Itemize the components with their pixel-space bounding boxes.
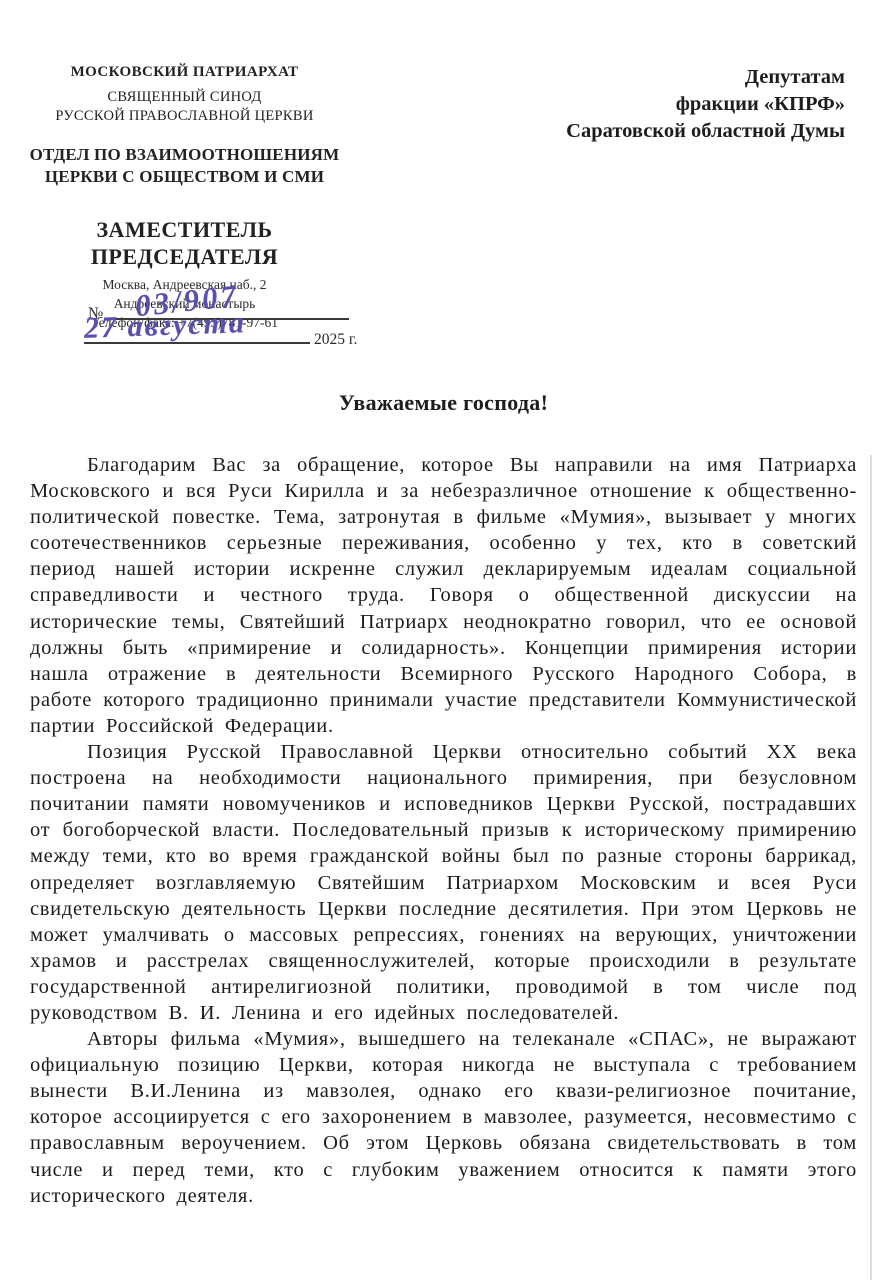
letterhead-position-line1: ЗАМЕСТИТЕЛЬ bbox=[12, 217, 357, 243]
letterhead-department-line1: ОТДЕЛ ПО ВЗАИМООТНОШЕНИЯМ bbox=[12, 145, 357, 165]
doc-date-year: 2025 г. bbox=[314, 331, 357, 348]
doc-date-handwritten: 27 августа bbox=[83, 306, 246, 346]
scan-edge-line bbox=[870, 455, 872, 1280]
recipient-line1: Депутатам bbox=[566, 64, 845, 91]
letterhead-synod-line: СВЯЩЕННЫЙ СИНОД bbox=[12, 89, 357, 106]
letterhead-org-name: МОСКОВСКИЙ ПАТРИАРХАТ bbox=[12, 64, 357, 81]
letterhead-department-line2: ЦЕРКВИ С ОБЩЕСТВОМ И СМИ bbox=[12, 167, 357, 187]
salutation: Уважаемые господа! bbox=[30, 390, 857, 416]
letterhead-position-line2: ПРЕДСЕДАТЕЛЯ bbox=[12, 244, 357, 270]
recipient-line3: Саратовской областной Думы bbox=[566, 118, 845, 145]
paragraph-1: Благодарим Вас за обращение, которое Вы … bbox=[30, 452, 857, 739]
paragraph-3: Авторы фильма «Мумия», вышедшего на теле… bbox=[30, 1026, 857, 1209]
doc-date-row: 27 августа2025 г. bbox=[84, 314, 357, 345]
recipient-line2: фракции «КПРФ» bbox=[566, 91, 845, 118]
recipient-block: Депутатам фракции «КПРФ» Саратовской обл… bbox=[566, 64, 845, 145]
letterhead-church-line: РУССКОЙ ПРАВОСЛАВНОЙ ЦЕРКВИ bbox=[12, 108, 357, 125]
letter-page: МОСКОВСКИЙ ПАТРИАРХАТ СВЯЩЕННЫЙ СИНОД РУ… bbox=[0, 0, 887, 1280]
doc-date-underline: 27 августа bbox=[84, 314, 310, 344]
paragraph-2: Позиция Русской Православной Церкви отно… bbox=[30, 739, 857, 1026]
letter-body: Уважаемые господа! Благодарим Вас за обр… bbox=[30, 390, 857, 1209]
